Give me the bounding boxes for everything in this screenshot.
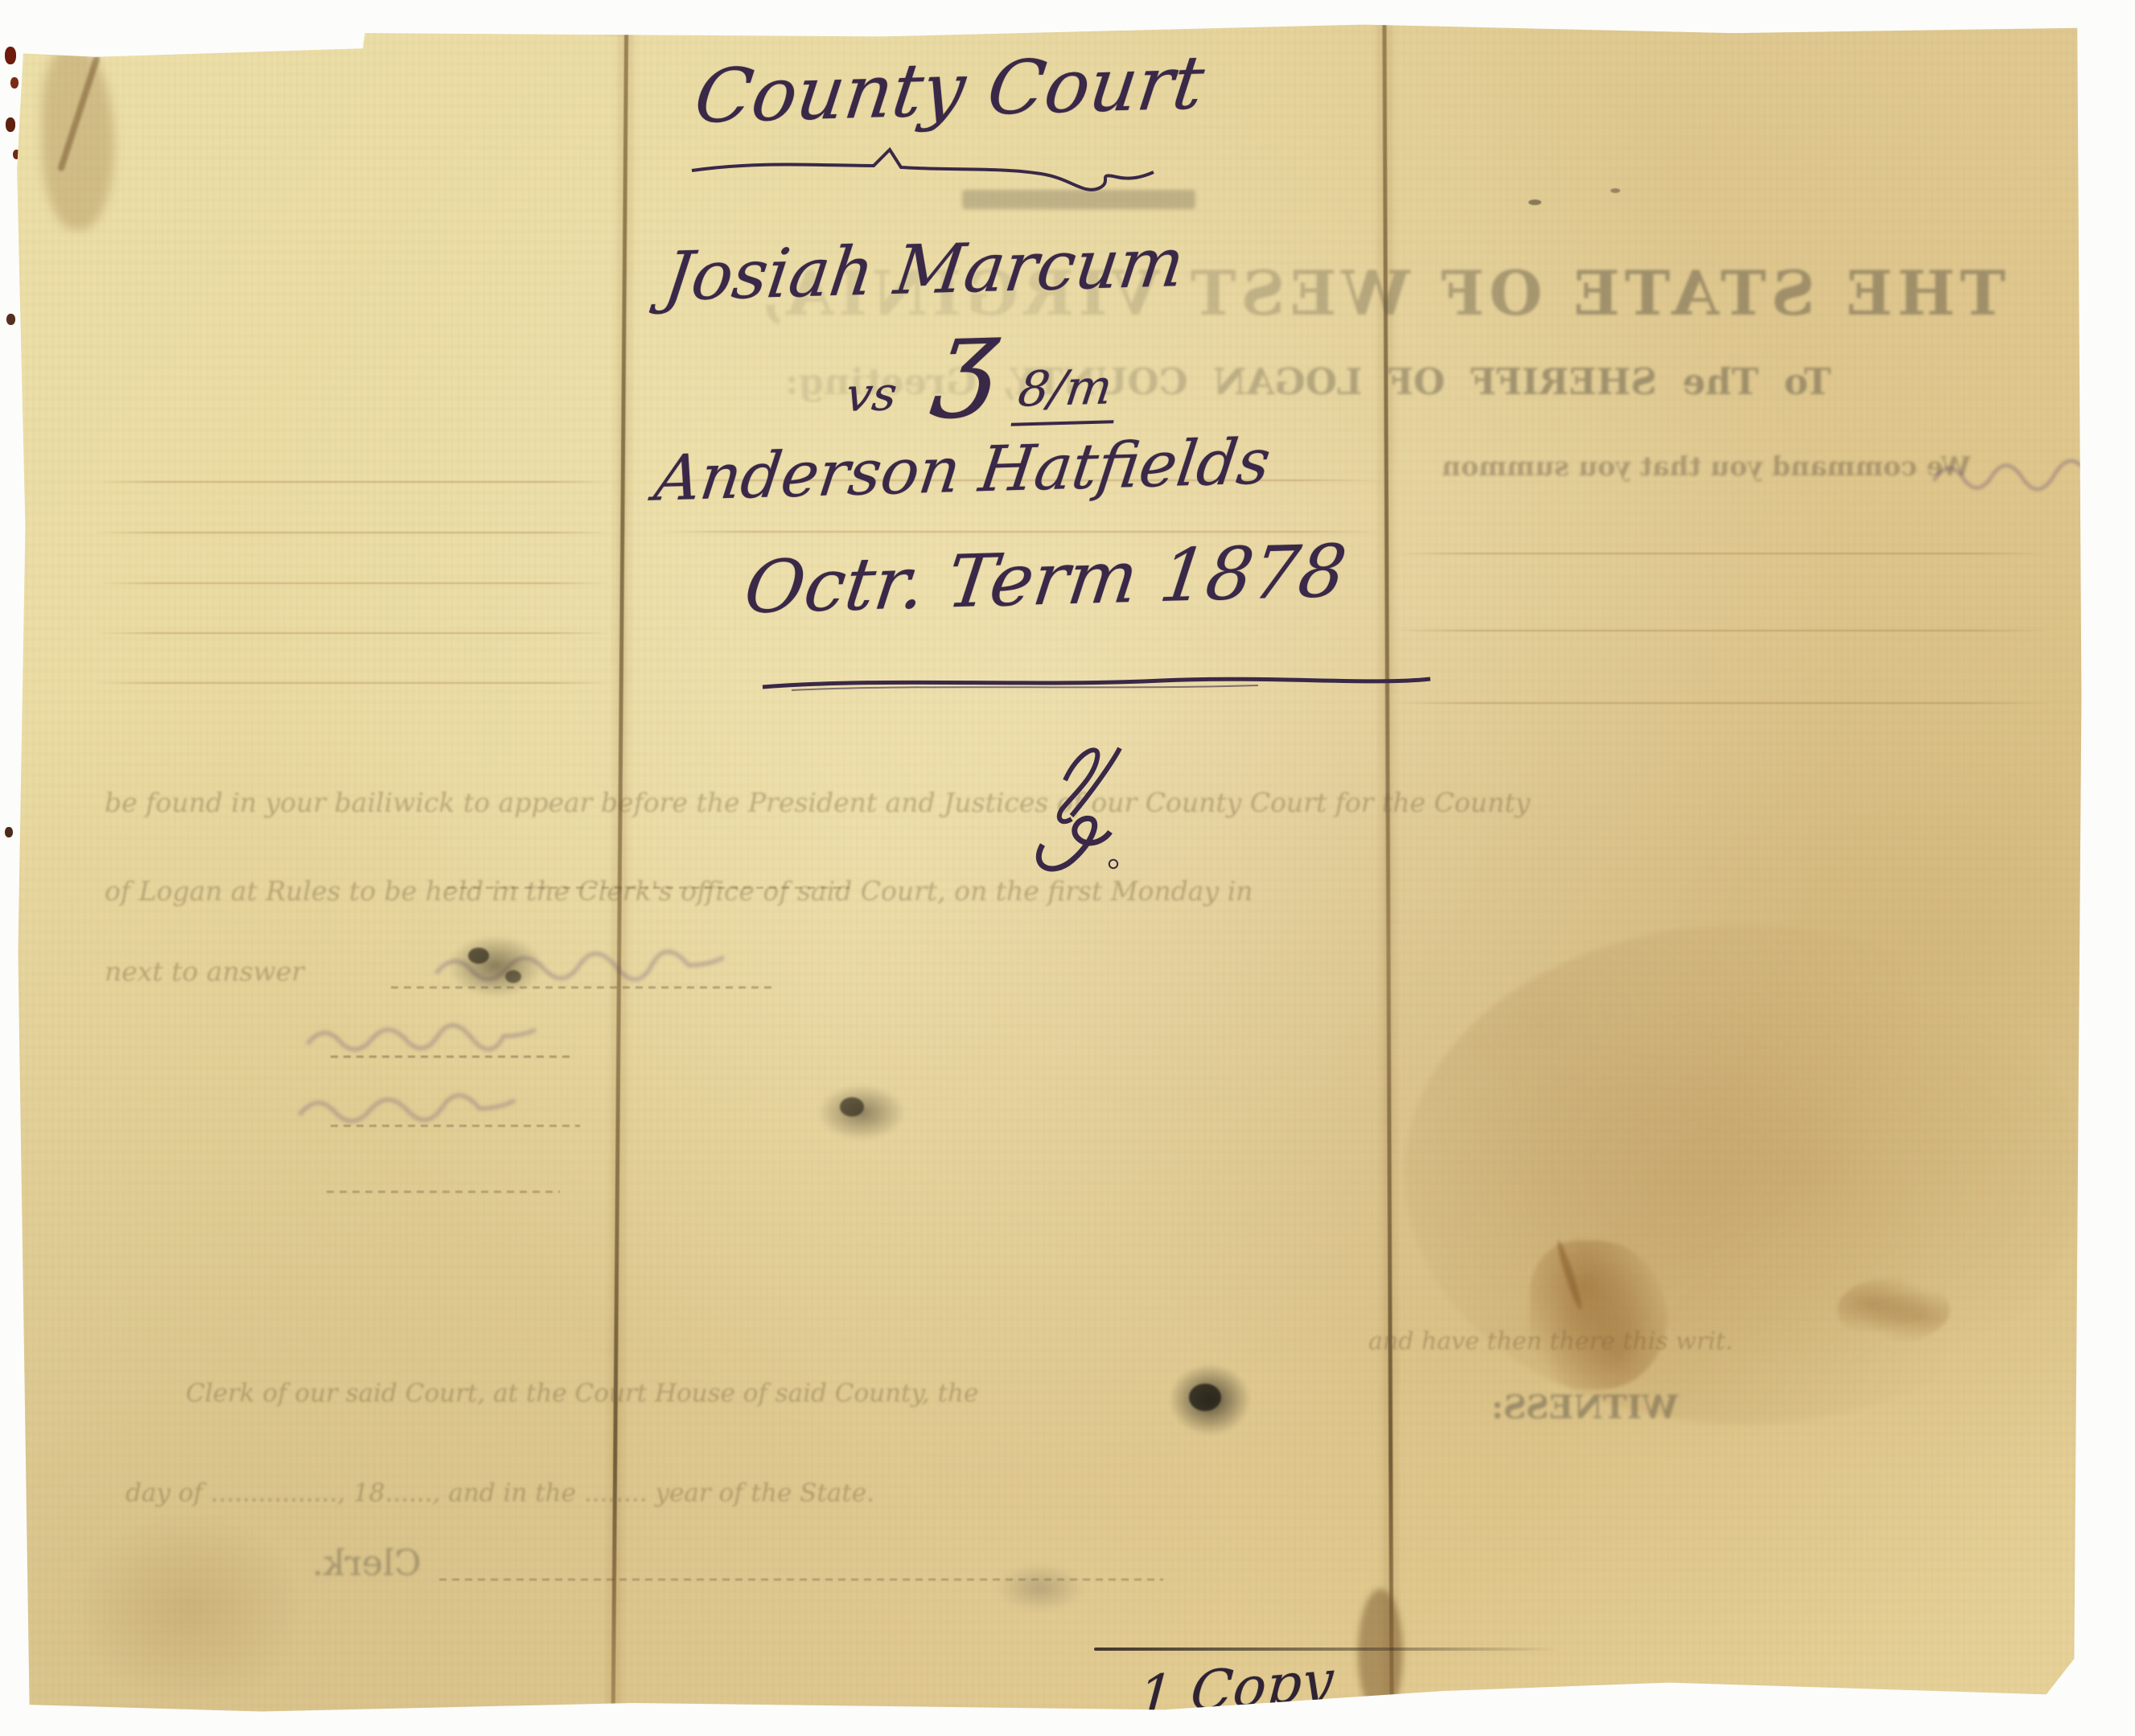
- soft-stain-bottom-left: [77, 1512, 302, 1705]
- ghost-writing-squiggle: [302, 1015, 576, 1059]
- term-line-underline-flourish: [759, 666, 1435, 702]
- crease-wear-stain: [1358, 1589, 1403, 1717]
- handwriting-plaintiff: Josiah Marcum: [660, 223, 1189, 316]
- ink-smudge-dot: [840, 1097, 864, 1117]
- margin-speck: [6, 117, 15, 132]
- handwriting-case-mark: 8/m: [1011, 359, 1122, 426]
- form-rule: [1396, 702, 2047, 704]
- clerk-monogram-flourish: [1017, 738, 1178, 891]
- bleed-body-line-2: of Logan at Rules to be held in the Cler…: [105, 875, 1432, 907]
- margin-speck: [5, 47, 16, 64]
- handwriting-case-brace: ʒ: [932, 311, 1005, 405]
- paper-sheet: THE STATE OF WEST VIRGINIA, To The SHERI…: [13, 16, 2084, 1718]
- margin-speck: [10, 77, 19, 88]
- form-dotted-rule: [331, 1125, 580, 1127]
- handwriting-term-line: Octr. Term 1878: [740, 529, 1351, 631]
- form-rule: [97, 682, 611, 684]
- bleed-body-line-1: be found in your bailiwick to appear bef…: [105, 787, 1738, 818]
- handwriting-versus: vs: [842, 366, 900, 422]
- form-rule: [97, 632, 611, 634]
- bleed-clerk-label: Clerk.: [312, 1543, 421, 1584]
- form-rule: [1396, 630, 2047, 631]
- form-dotted-rule: [331, 1055, 572, 1058]
- court-line-flourish: [687, 137, 1162, 213]
- scanned-document-page: THE STATE OF WEST VIRGINIA, To The SHERI…: [0, 0, 2135, 1736]
- ghost-signature-squiggle: [1927, 434, 2129, 507]
- dark-dash: [1528, 200, 1541, 205]
- form-rule: [97, 532, 611, 533]
- form-dotted-rule: [327, 1191, 560, 1193]
- margin-speck: [6, 314, 15, 325]
- ink-smudge-dot: [505, 970, 521, 983]
- ink-smudge-dot: [468, 948, 489, 964]
- bleed-witness-line: Clerk of our said Court, at the Court Ho…: [186, 1379, 1216, 1408]
- handwriting-court-line: County Court: [690, 39, 1209, 140]
- dark-dash: [1611, 188, 1620, 193]
- ghost-writing-squiggle: [294, 1084, 584, 1129]
- form-rule: [97, 582, 611, 584]
- bleed-body-line-3: next to answer: [105, 956, 378, 987]
- margin-speck: [5, 827, 13, 837]
- bleed-command-line: We command you that you summon: [1397, 450, 2016, 482]
- form-rule: [1396, 553, 2047, 554]
- top-edge-mark: [581, 16, 650, 34]
- gray-smudge: [996, 1564, 1084, 1612]
- right-panel-mottle: [1405, 925, 2080, 1424]
- form-rule: [97, 481, 611, 483]
- ink-blot-core: [1189, 1384, 1221, 1411]
- ink-smudge: [447, 935, 544, 998]
- bleed-date-line: day of ................, 18......, and i…: [125, 1479, 1091, 1508]
